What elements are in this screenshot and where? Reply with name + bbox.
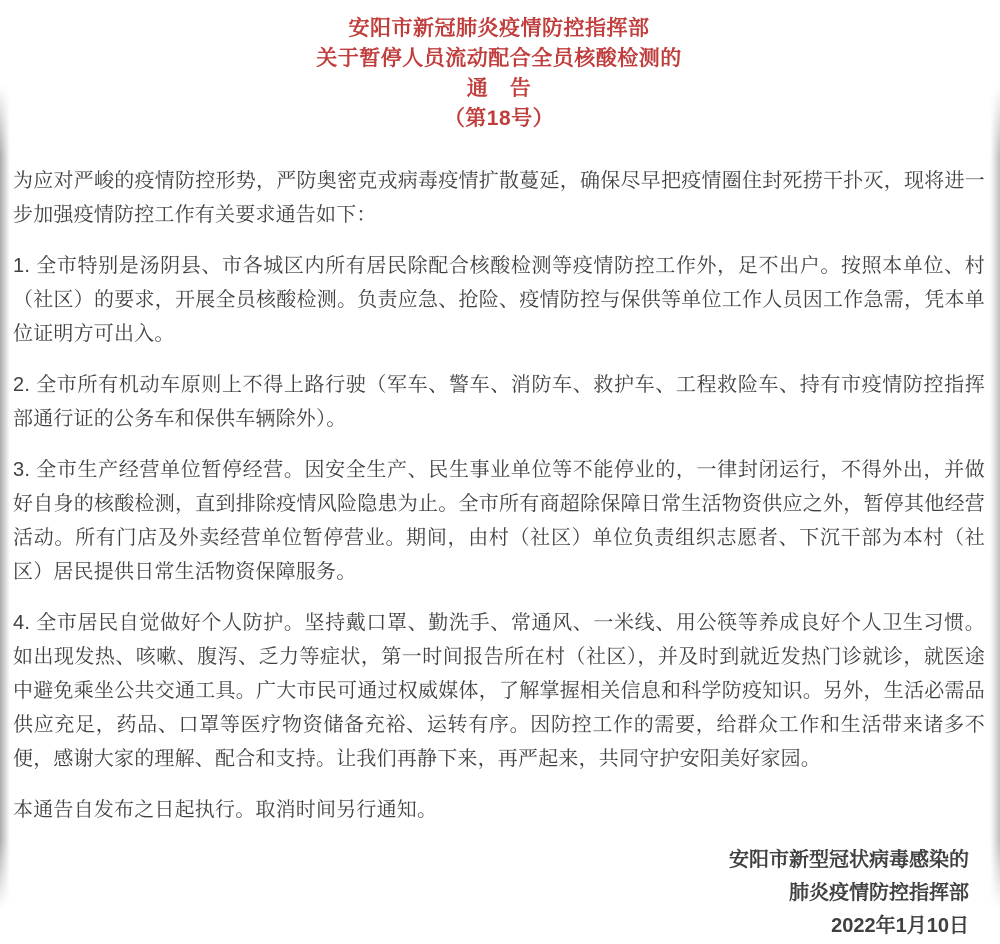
notice-subject-title: 关于暂停人员流动配合全员核酸检测的 <box>13 44 985 74</box>
signature-issuer-line-1: 安阳市新型冠状病毒感染的 <box>13 844 969 877</box>
item-1-paragraph: 1. 全市特别是汤阴县、市各城区内所有居民除配合核酸检测等疫情防控工作外，足不出… <box>13 249 985 351</box>
item-2-paragraph: 2. 全市所有机动车原则上不得上路行驶（军车、警车、消防车、救护车、工程救险车、… <box>13 368 985 436</box>
notice-body: 为应对严峻的疫情防控形势，严防奥密克戎病毒疫情扩散蔓延，确保尽早把疫情圈住封死捞… <box>13 164 985 827</box>
notice-type-title: 通 告 <box>13 74 985 104</box>
signature-block: 安阳市新型冠状病毒感染的 肺炎疫情防控指挥部 2022年1月10日 <box>13 844 985 943</box>
item-3-paragraph: 3. 全市生产经营单位暂停经营。因安全生产、民生事业单位等不能停业的，一律封闭运… <box>13 453 985 589</box>
notice-issuer-title: 安阳市新冠肺炎疫情防控指挥部 <box>13 14 985 44</box>
notice-number: （第18号） <box>13 104 985 134</box>
signature-issuer-line-2: 肺炎疫情防控指挥部 <box>13 877 969 910</box>
closing-paragraph: 本通告自发布之日起执行。取消时间另行通知。 <box>13 793 985 827</box>
intro-paragraph: 为应对严峻的疫情防控形势，严防奥密克戎病毒疫情扩散蔓延，确保尽早把疫情圈住封死捞… <box>13 164 985 232</box>
item-4-paragraph: 4. 全市居民自觉做好个人防护。坚持戴口罩、勤洗手、常通风、一米线、用公筷等养成… <box>13 606 985 776</box>
notice-header: 安阳市新冠肺炎疫情防控指挥部 关于暂停人员流动配合全员核酸检测的 通 告 （第1… <box>13 14 985 134</box>
page: { "page": { "colors": { "page_bg": "#fff… <box>0 0 1000 944</box>
signature-date: 2022年1月10日 <box>13 910 969 943</box>
notice-document: 安阳市新冠肺炎疫情防控指挥部 关于暂停人员流动配合全员核酸检测的 通 告 （第1… <box>0 0 1000 943</box>
